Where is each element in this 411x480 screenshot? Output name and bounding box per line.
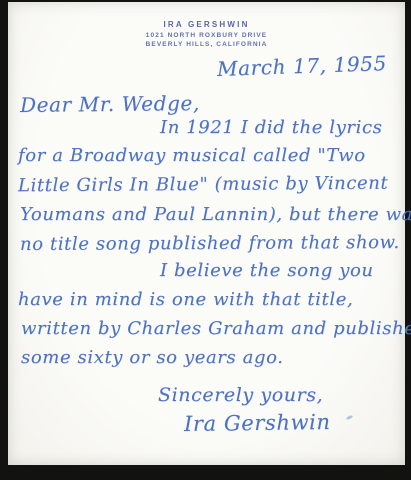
letter-salutation: Dear Mr. Wedge, [20,91,200,117]
ink-smudge [346,415,354,421]
body-line: I believe the song you [160,260,374,281]
letter-date: March 17, 1955 [217,51,388,81]
body-line: Youmans and Paul Lannin), but there was [20,204,411,225]
letterhead-name: IRA GERSHWIN [8,19,405,31]
body-line: for a Broadway musical called "Two [18,145,366,166]
scanned-letter-photo: IRA GERSHWIN 1021 NORTH ROXBURY DRIVE BE… [0,0,411,480]
body-line: Little Girls In Blue" (music by Vincent [18,173,388,197]
body-line: written by Charles Graham and published [21,318,411,339]
letterhead-address-line1: 1021 NORTH ROXBURY DRIVE [8,31,405,40]
body-line: some sixty or so years ago. [21,347,284,368]
letterhead: IRA GERSHWIN 1021 NORTH ROXBURY DRIVE BE… [8,19,405,49]
body-line: no title song published from that show. [20,232,400,255]
letter-paper: IRA GERSHWIN 1021 NORTH ROXBURY DRIVE BE… [8,2,405,465]
signature: Ira Gershwin [184,410,331,436]
body-line: have in mind is one with that title, [18,289,353,310]
letterhead-address-line2: BEVERLY HILLS, CALIFORNIA [8,40,405,49]
body-line: In 1921 I did the lyrics [160,117,383,138]
letter-closing: Sincerely yours, [158,384,323,406]
